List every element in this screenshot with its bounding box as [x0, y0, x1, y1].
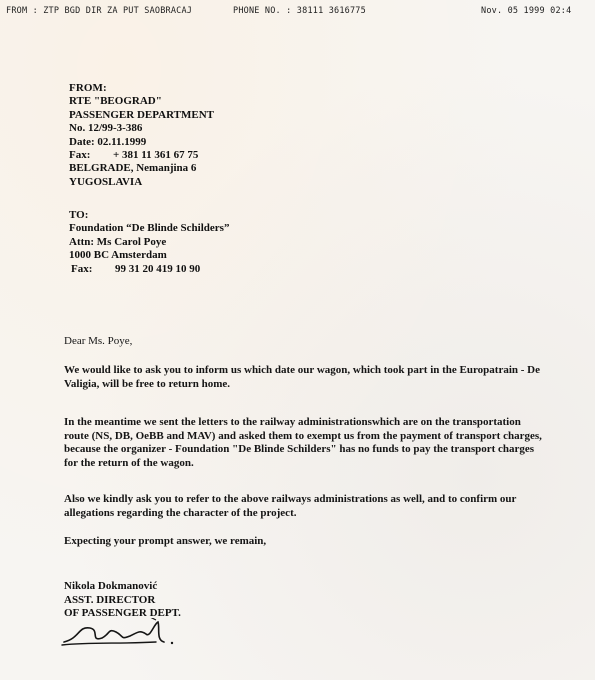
salutation: Dear Ms. Poye, [64, 335, 544, 349]
recipient-city: 1000 BC Amsterdam [69, 249, 229, 262]
signature-block: Nikola Dokmanović ASST. DIRECTOR OF PASS… [64, 580, 181, 621]
sender-fax-value: + 381 11 361 67 75 [113, 149, 198, 161]
signatory-title-1: ASST. DIRECTOR [64, 594, 181, 608]
signatory-name: Nikola Dokmanović [64, 580, 181, 594]
recipient-block: TO: Foundation “De Blinde Schilders” Att… [69, 209, 229, 276]
recipient-organization: Foundation “De Blinde Schilders” [69, 222, 229, 235]
recipient-attn: Attn: Ms Carol Poye [69, 236, 229, 249]
handwritten-signature-icon [60, 618, 180, 648]
recipient-fax: Fax:99 31 20 419 10 90 [69, 263, 229, 276]
fax-page: FROM : ZTP BGD DIR ZA PUT SAOBRACAJ PHON… [0, 0, 595, 680]
paragraph-2: In the meantime we sent the letters to t… [64, 416, 544, 470]
fax-header-from: FROM : ZTP BGD DIR ZA PUT SAOBRACAJ [6, 6, 192, 16]
sender-department: PASSENGER DEPARTMENT [69, 109, 214, 122]
paragraph-1: We would like to ask you to inform us wh… [64, 364, 544, 391]
sender-address: BELGRADE, Nemanjina 6 [69, 162, 214, 175]
sender-date: Date: 02.11.1999 [69, 136, 214, 149]
paragraph-3: Also we kindly ask you to refer to the a… [64, 493, 544, 520]
recipient-fax-label: Fax: [71, 263, 115, 276]
sender-fax-label: Fax: [69, 149, 113, 162]
recipient-heading: TO: [69, 209, 229, 222]
recipient-fax-value: 99 31 20 419 10 90 [115, 263, 200, 275]
fax-header-date: Nov. 05 1999 02:4 [481, 6, 571, 16]
sender-heading: FROM: [69, 82, 214, 95]
sender-fax: Fax:+ 381 11 361 67 75 [69, 149, 214, 162]
sender-country: YUGOSLAVIA [69, 176, 214, 189]
sender-block: FROM: RTE "BEOGRAD" PASSENGER DEPARTMENT… [69, 82, 214, 189]
sender-reference: No. 12/99-3-386 [69, 122, 214, 135]
closing-line: Expecting your prompt answer, we remain, [64, 535, 544, 549]
sender-organization: RTE "BEOGRAD" [69, 95, 214, 108]
fax-header-phone: PHONE NO. : 38111 3616775 [233, 6, 366, 16]
